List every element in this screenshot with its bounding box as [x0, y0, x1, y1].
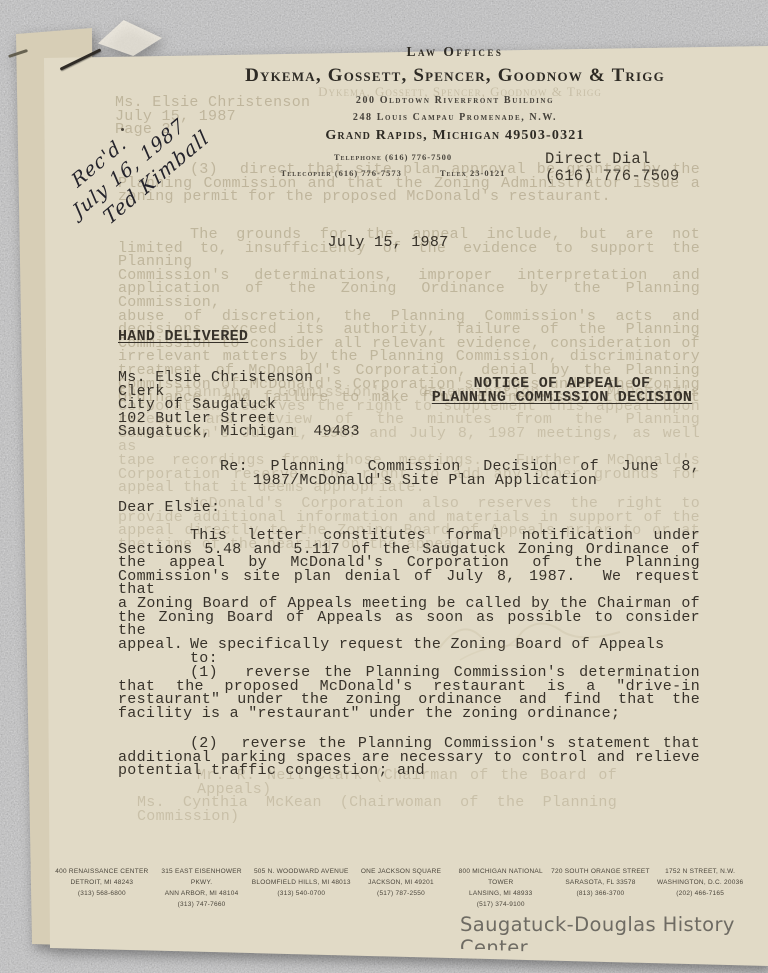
- office-address: 720 SOUTH ORANGE STREET: [551, 866, 651, 877]
- footer-offices: 400 RENAISSANCE CENTER DETROIT, MI 48243…: [52, 866, 750, 910]
- re-line-2: 1987/McDonald's Site Plan Application: [220, 474, 700, 488]
- notice-line-2: PLANNING COMMISSION DECISION: [424, 391, 700, 405]
- ink-speck: [121, 128, 124, 131]
- photo-of-document: Dykema, Gossett, Spencer, Goodnow & Trig…: [0, 0, 768, 973]
- letterhead-address-line-1: 200 Oldtown Riverfront Building: [155, 95, 755, 106]
- office-city: ANN ARBOR, MI 48104: [152, 888, 252, 899]
- letter-date: July 15, 1987: [118, 236, 658, 250]
- appeal-item-2: (2) reverse the Planning Commission's st…: [118, 737, 700, 778]
- office-column: 800 MICHIGAN NATIONAL TOWER LANSING, MI …: [451, 866, 551, 910]
- office-column: ONE JACKSON SQUARE JACKSON, MI 49201 (51…: [351, 866, 451, 910]
- office-column: 400 RENAISSANCE CENTER DETROIT, MI 48243…: [52, 866, 152, 910]
- signature-impression: [430, 598, 650, 668]
- salutation: Dear Elsie:: [118, 501, 220, 515]
- office-address: 315 EAST EISENHOWER PKWY.: [152, 866, 252, 888]
- office-city: JACKSON, MI 49201: [351, 877, 451, 888]
- office-column: 505 N. WOODWARD AVENUE BLOOMFIELD HILLS,…: [251, 866, 351, 910]
- direct-dial-block: Direct Dial (616) 776-7509: [545, 151, 679, 185]
- letterhead-city-line: Grand Rapids, Michigan 49503-0321: [155, 128, 755, 144]
- office-phone: (517) 374-9100: [451, 899, 551, 910]
- office-address: 400 RENAISSANCE CENTER: [52, 866, 152, 877]
- direct-dial-label: Direct Dial: [545, 151, 679, 168]
- office-phone: (313) 568-6800: [52, 888, 152, 899]
- recipient-address: Ms. Elsie ChristensonClerkCity of Saugat…: [118, 371, 418, 439]
- office-address: ONE JACKSON SQUARE: [351, 866, 451, 877]
- office-phone: (313) 747-7660: [152, 899, 252, 910]
- office-city: LANSING, MI 48933: [451, 888, 551, 899]
- office-column: 1752 N STREET, N.W. WASHINGTON, D.C. 200…: [650, 866, 750, 910]
- letterhead-telex: Telex 23-0121: [440, 168, 505, 178]
- office-column: 720 SOUTH ORANGE STREET SARASOTA, FL 335…: [551, 866, 651, 910]
- office-city: SARASOTA, FL 33578: [551, 877, 651, 888]
- letterhead-law-offices: Law Offices: [155, 44, 755, 60]
- office-phone: (202) 466-7165: [650, 888, 750, 899]
- office-phone: (517) 787-2550: [351, 888, 451, 899]
- office-city: DETROIT, MI 48243: [52, 877, 152, 888]
- office-column: 315 EAST EISENHOWER PKWY. ANN ARBOR, MI …: [152, 866, 252, 910]
- corner-chip: [98, 20, 162, 56]
- paper-stack: Dykema, Gossett, Spencer, Goodnow & Trig…: [0, 0, 768, 973]
- office-phone: (313) 540-0700: [251, 888, 351, 899]
- hand-delivered-label: HAND DELIVERED: [118, 330, 248, 344]
- direct-dial-number: (616) 776-7509: [545, 168, 679, 185]
- letterhead-address-line-2: 248 Louis Campau Promenade, N.W.: [155, 112, 755, 123]
- notice-of-appeal: NOTICE OF APPEAL OF PLANNING COMMISSION …: [424, 377, 700, 405]
- appeal-item-1: (1) reverse the Planning Commission's de…: [118, 666, 700, 720]
- office-address: 800 MICHIGAN NATIONAL TOWER: [451, 866, 551, 888]
- office-phone: (813) 366-3700: [551, 888, 651, 899]
- letterhead-telecopier: Telecopier (616) 776-7573: [281, 168, 402, 178]
- office-address: 1752 N STREET, N.W.: [650, 866, 750, 877]
- office-address: 505 N. WOODWARD AVENUE: [251, 866, 351, 877]
- letterhead-firm-name: Dykema, Gossett, Spencer, Goodnow & Trig…: [155, 65, 755, 87]
- office-city: WASHINGTON, D.C. 20036: [650, 877, 750, 888]
- office-city: BLOOMFIELD HILLS, MI 48013: [251, 877, 351, 888]
- re-line: Re: Planning Commission Decision of June…: [220, 460, 700, 487]
